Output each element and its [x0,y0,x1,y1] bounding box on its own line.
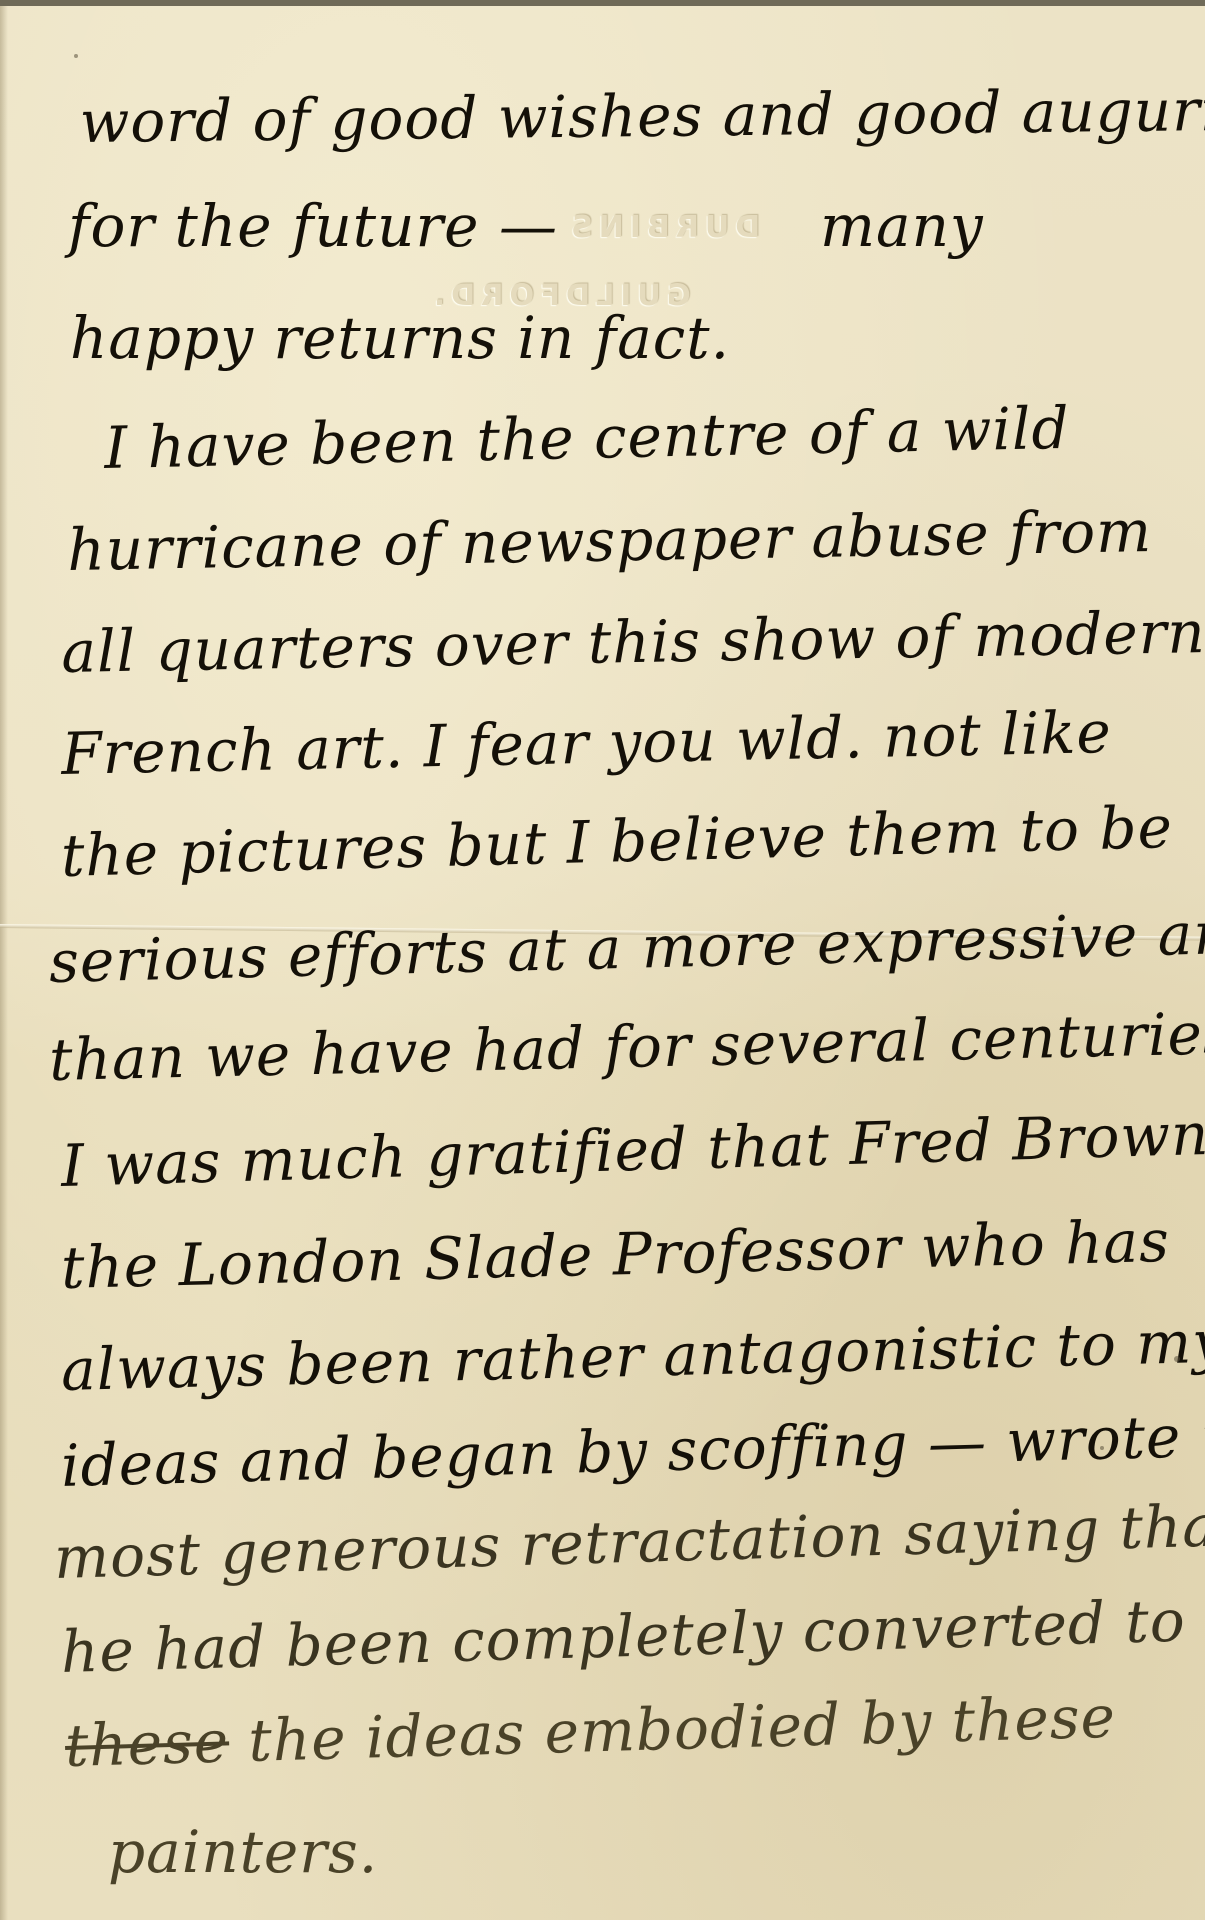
letter-line-6: all quarters over this show of modern [61,598,1205,686]
letter-line-2-text: for the future — [68,192,558,260]
letter-line-8: the pictures but I believe them to be [60,793,1173,890]
letter-line-9: serious efforts at a more expressive art [48,899,1205,996]
letter-line-11: I was much gratified that Fred Brown [60,1100,1205,1200]
letter-line-2: for the future — [68,192,558,260]
letter-line-2-trailing: many [820,192,984,260]
letter-page: DURBINS GUILDFORD. word of good wishes a… [0,0,1205,1920]
letterhead-emboss-durbins: DURBINS [565,210,760,245]
letter-line-4: I have been the centre of a wild [104,394,1071,482]
letter-line-15: most generous retractation saying that [53,1491,1205,1592]
paper-speck [1100,1446,1104,1450]
paper-speck [74,54,78,58]
letter-line-18: painters. [108,1818,378,1886]
letter-line-5: hurricane of newspaper abuse from [67,497,1153,584]
paper-speck [1174,1356,1180,1362]
letter-line-17-text: the ideas embodied by these [248,1683,1117,1775]
letter-line-7: French art. I fear you wld. not like [61,698,1113,788]
letter-line-16: he had been completely converted to [60,1587,1186,1686]
letter-line-10: than we have had for several centuries. [48,999,1205,1094]
letter-line-1: word of good wishes and good auguries [79,75,1205,156]
struck-out-word: these [64,1707,230,1780]
letter-line-13: always been rather antagonistic to my [60,1308,1205,1404]
letter-line-3: happy returns in fact. [70,304,730,372]
letter-line-12: the London Slade Professor who has [60,1207,1170,1302]
letter-line-14: ideas and began by scoffing — wrote me a [60,1398,1205,1500]
letter-line-17: these the ideas embodied by these [64,1683,1117,1780]
